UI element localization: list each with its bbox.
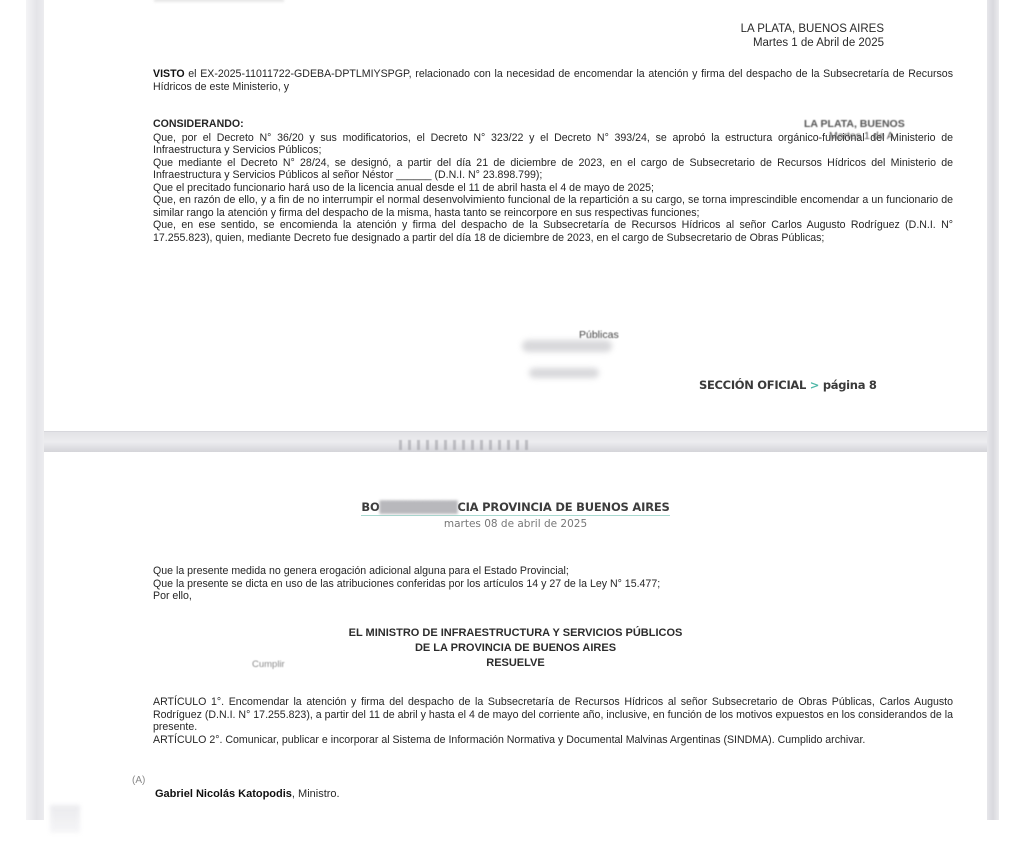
ghost-place: LA PLATA, BUENOS (804, 118, 905, 130)
considerando-paragraph: Que el precitado funcionario hará uso de… (153, 182, 953, 195)
viewer-scrollbar[interactable] (987, 0, 999, 820)
place-city: LA PLATA, BUENOS AIRES (741, 22, 884, 36)
section-name: SECCIÓN OFICIAL (699, 378, 806, 392)
page-number: página 8 (823, 378, 877, 392)
blur-artifact (522, 340, 612, 352)
ghost-word: Cumplir (252, 659, 285, 670)
viewer-frame-left (26, 0, 44, 820)
ghost-date: Martes 1 de A (829, 130, 894, 142)
bulletin-title: BO█████████CIA PROVINCIA DE BUENOS AIRES (361, 500, 669, 516)
signature-line: Gabriel Nicolás Katopodis, Ministro. (155, 788, 340, 800)
scan-artifact (399, 440, 529, 450)
articles-section: ARTÍCULO 1°. Encomendar la atención y fi… (153, 696, 953, 746)
considerando-paragraph: Que, en ese sentido, se encomienda la at… (153, 219, 953, 244)
minister-line: EL MINISTRO DE INFRAESTRUCTURA Y SERVICI… (44, 626, 987, 641)
place-date: Martes 1 de Abril de 2025 (741, 36, 884, 50)
title-text: CIA PROVINCIA DE BUENOS AIRES (457, 500, 669, 514)
title-prefix: BO (361, 500, 379, 514)
section-footer: SECCIÓN OFICIAL > página 8 (699, 378, 877, 392)
scan-artifact (50, 805, 80, 833)
visto-text: el EX-2025-11011722-GDEBA-DPTLMIYSPGP, r… (153, 68, 953, 93)
signature-prefix: (A) (132, 775, 145, 786)
signer-role: , Ministro. (292, 788, 340, 800)
cut-off-heading (154, 0, 284, 2)
considerando-label: CONSIDERANDO (153, 118, 240, 130)
considerando-paragraph: Que, en razón de ello, y a fin de no int… (153, 194, 953, 219)
por-ello: Por ello, (153, 590, 953, 603)
blur-artifact (529, 368, 599, 378)
signer-name: Gabriel Nicolás Katopodis (155, 788, 292, 800)
province-line: DE LA PROVINCIA DE BUENOS AIRES (44, 641, 987, 656)
que-paragraph: Que la presente se dicta en uso de las a… (153, 578, 953, 591)
page-separator (44, 432, 987, 452)
document-page-1: LA PLATA, BUENOS AIRES Martes 1 de Abril… (44, 0, 987, 432)
resolve-heading: EL MINISTRO DE INFRAESTRUCTURA Y SERVICI… (44, 626, 987, 671)
document-page-2: BO█████████CIA PROVINCIA DE BUENOS AIRES… (44, 452, 987, 820)
article-1: ARTÍCULO 1°. Encomendar la atención y fi… (153, 696, 953, 734)
chevron-right-icon: > (810, 378, 819, 392)
page-header: BO█████████CIA PROVINCIA DE BUENOS AIRES… (44, 496, 987, 530)
que-section: Que la presente medida no genera erogaci… (153, 565, 953, 603)
resuelve-label: RESUELVE (44, 656, 987, 671)
visto-paragraph: VISTO el EX-2025-11011722-GDEBA-DPTLMIYS… (153, 68, 953, 93)
considerando-paragraph: Que mediante el Decreto N° 28/24, se des… (153, 157, 953, 182)
bulletin-date: martes 08 de abril de 2025 (44, 518, 987, 530)
article-2: ARTÍCULO 2°. Comunicar, publicar e incor… (153, 734, 953, 747)
visto-label: VISTO (153, 68, 185, 80)
que-paragraph: Que la presente medida no genera erogaci… (153, 565, 953, 578)
place-date-block: LA PLATA, BUENOS AIRES Martes 1 de Abril… (741, 22, 884, 50)
